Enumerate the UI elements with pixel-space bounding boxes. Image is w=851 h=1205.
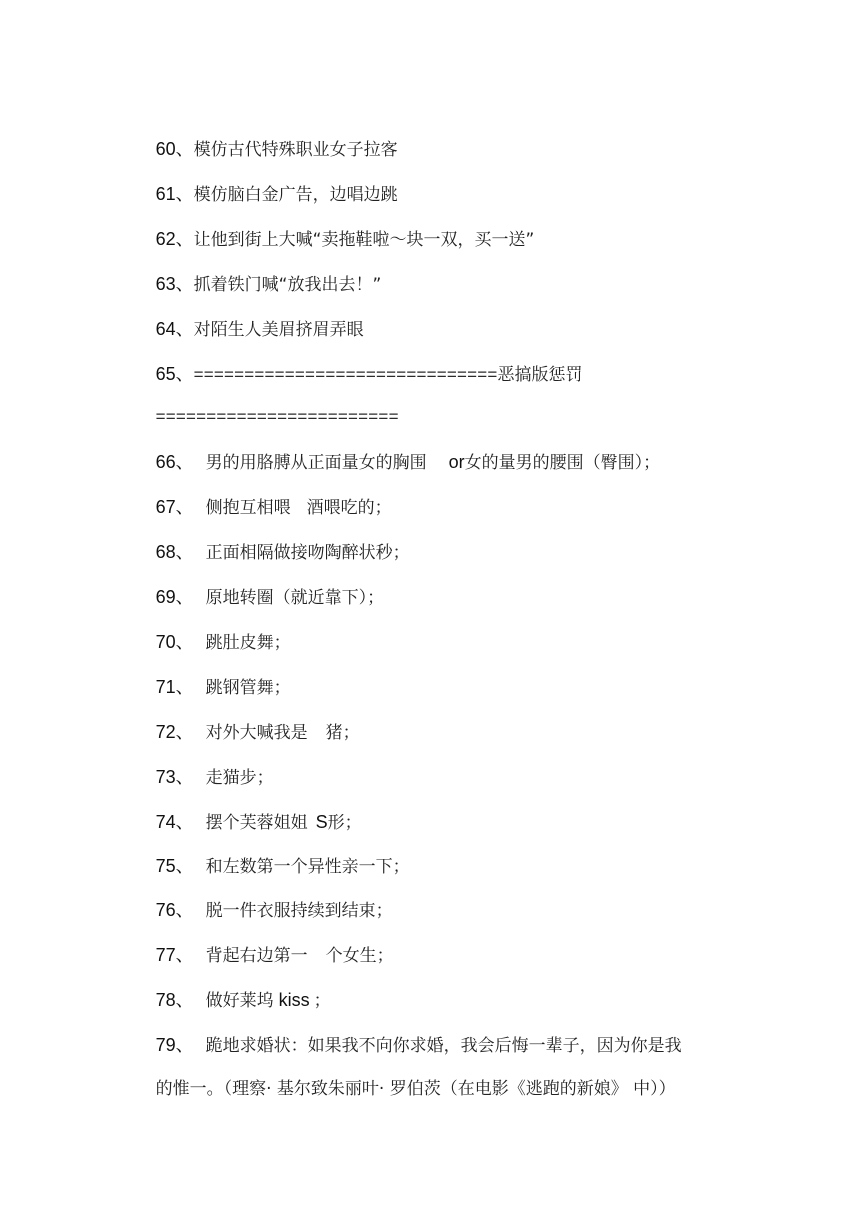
item-text: 酒喂吃的； — [307, 498, 392, 518]
item-text: 个女生； — [326, 946, 394, 966]
item-text: 和左数第一个异性亲一下； — [206, 857, 410, 877]
item-text: 模仿古代特殊职业女子拉客 — [194, 140, 398, 160]
separator-line: ============================== — [194, 365, 498, 384]
item-text: 跳肚皮舞； — [206, 633, 291, 653]
item-number: 72、 — [156, 722, 194, 742]
item-text: 正面相隔做接吻陶醉状秒； — [206, 543, 410, 563]
item-number: 69、 — [156, 587, 194, 607]
item-text: 形； — [328, 813, 362, 833]
item-text: 做好莱坞 — [206, 991, 274, 1011]
item-number: 73、 — [156, 767, 194, 787]
item-number: 60、 — [156, 139, 194, 159]
item-number: 78、 — [156, 990, 194, 1010]
item-latin: kiss — [279, 990, 310, 1010]
item-latin: or — [449, 452, 465, 472]
item-text: 模仿脑白金广告，边唱边跳 — [194, 185, 398, 205]
item-number: 61、 — [156, 184, 194, 204]
item-text: 对外大喊我是 — [206, 723, 308, 743]
item-number: 64、 — [156, 319, 194, 339]
item-latin: S — [316, 812, 328, 832]
item-number: 66、 — [156, 452, 194, 472]
item-text: 猪； — [326, 723, 360, 743]
item-text: 让他到街上大喊“卖拖鞋啦～块一双，买一送” — [194, 230, 535, 250]
item-text: 的惟一。（理察· 基尔致朱丽叶· 罗伯茨（在电影《逃跑的新娘》 中）） — [156, 1079, 676, 1099]
item-text: 背起右边第一 — [206, 946, 308, 966]
item-number: 77、 — [156, 945, 194, 965]
item-text: 男的用胳膊从正面量女的胸围 — [206, 453, 427, 473]
document-page: 60、模仿古代特殊职业女子拉客 61、模仿脑白金广告，边唱边跳 62、让他到街上… — [0, 0, 851, 1205]
item-text: 抓着铁门喊“放我出去！” — [194, 275, 382, 295]
item-text: 跳钢管舞； — [206, 678, 291, 698]
item-text: 走猫步； — [206, 768, 274, 788]
item-number: 63、 — [156, 274, 194, 294]
item-number: 67、 — [156, 497, 194, 517]
item-number: 70、 — [156, 632, 194, 652]
item-number: 75、 — [156, 856, 194, 876]
item-text: 对陌生人美眉挤眉弄眼 — [194, 320, 364, 340]
item-text: 摆个芙蓉姐姐 — [206, 813, 308, 833]
item-text: ； — [314, 991, 331, 1011]
item-text: 脱一件衣服持续到结束； — [206, 901, 393, 921]
item-number: 71、 — [156, 677, 194, 697]
item-number: 62、 — [156, 229, 194, 249]
item-number: 76、 — [156, 900, 194, 920]
item-text: 女的量男的腰围（臀围）； — [465, 453, 661, 473]
item-number: 79、 — [156, 1035, 194, 1055]
item-text: 跪地求婚状：如果我不向你求婚，我会后悔一辈子，因为你是我 — [206, 1036, 682, 1056]
list-item-79-continuation: 的惟一。（理察· 基尔致朱丽叶· 罗伯茨（在电影《逃跑的新娘》 中）） — [134, 1056, 676, 1122]
item-text: 原地转圈（就近靠下）； — [206, 588, 385, 608]
section-heading: 恶搞版惩罚 — [498, 365, 583, 385]
item-number: 74、 — [156, 812, 194, 832]
item-number: 65、 — [156, 364, 194, 384]
separator-line: ======================== — [156, 407, 399, 426]
item-number: 68、 — [156, 542, 194, 562]
item-text: 侧抱互相喂 — [206, 498, 291, 518]
